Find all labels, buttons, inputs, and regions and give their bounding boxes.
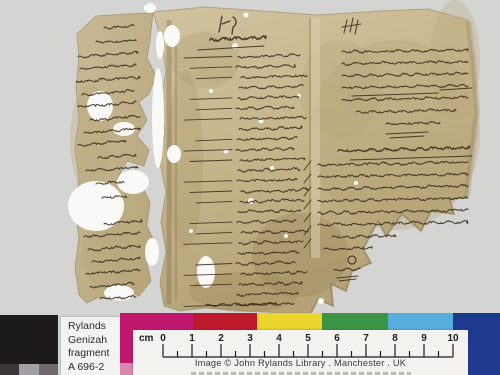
ruler-number: 8 [392, 333, 398, 344]
ruler-number: 6 [334, 333, 340, 344]
grayscale-wedge [0, 364, 58, 375]
label-line: A 696-2 [68, 361, 123, 375]
ruler-number: 2 [218, 333, 224, 344]
ruler-number: 7 [363, 333, 369, 344]
magenta-tint-patch [120, 363, 133, 375]
ruler-number: 0 [160, 333, 166, 344]
gray-step [19, 364, 38, 375]
ruler: cm 012345678910 Image © John Rylands Lib… [133, 330, 468, 375]
digitized-manuscript-photo: Rylands Genizah fragment A 696-2 cm 0123… [0, 0, 500, 375]
calibration-black-patch [0, 315, 58, 364]
manuscript-fragment [0, 0, 500, 320]
ruler-number: 9 [421, 333, 427, 344]
ruler-number: 5 [305, 333, 311, 344]
ruler-unit-label: cm [139, 333, 153, 344]
ruler-number: 3 [247, 333, 253, 344]
copyright-credit: Image © John Rylands Library . Mancheste… [133, 358, 468, 368]
ruler-number: 10 [447, 333, 458, 344]
label-line: Genizah [68, 334, 123, 348]
gray-step [39, 364, 58, 375]
ruler-number: 4 [276, 333, 282, 344]
label-line: fragment [68, 347, 123, 361]
gray-step [0, 364, 19, 375]
ruler-number: 1 [189, 333, 195, 344]
ruler-scale-marks [133, 330, 468, 375]
shelfmark-label: Rylands Genizah fragment A 696-2 [61, 317, 123, 375]
label-line: Rylands [68, 320, 123, 334]
